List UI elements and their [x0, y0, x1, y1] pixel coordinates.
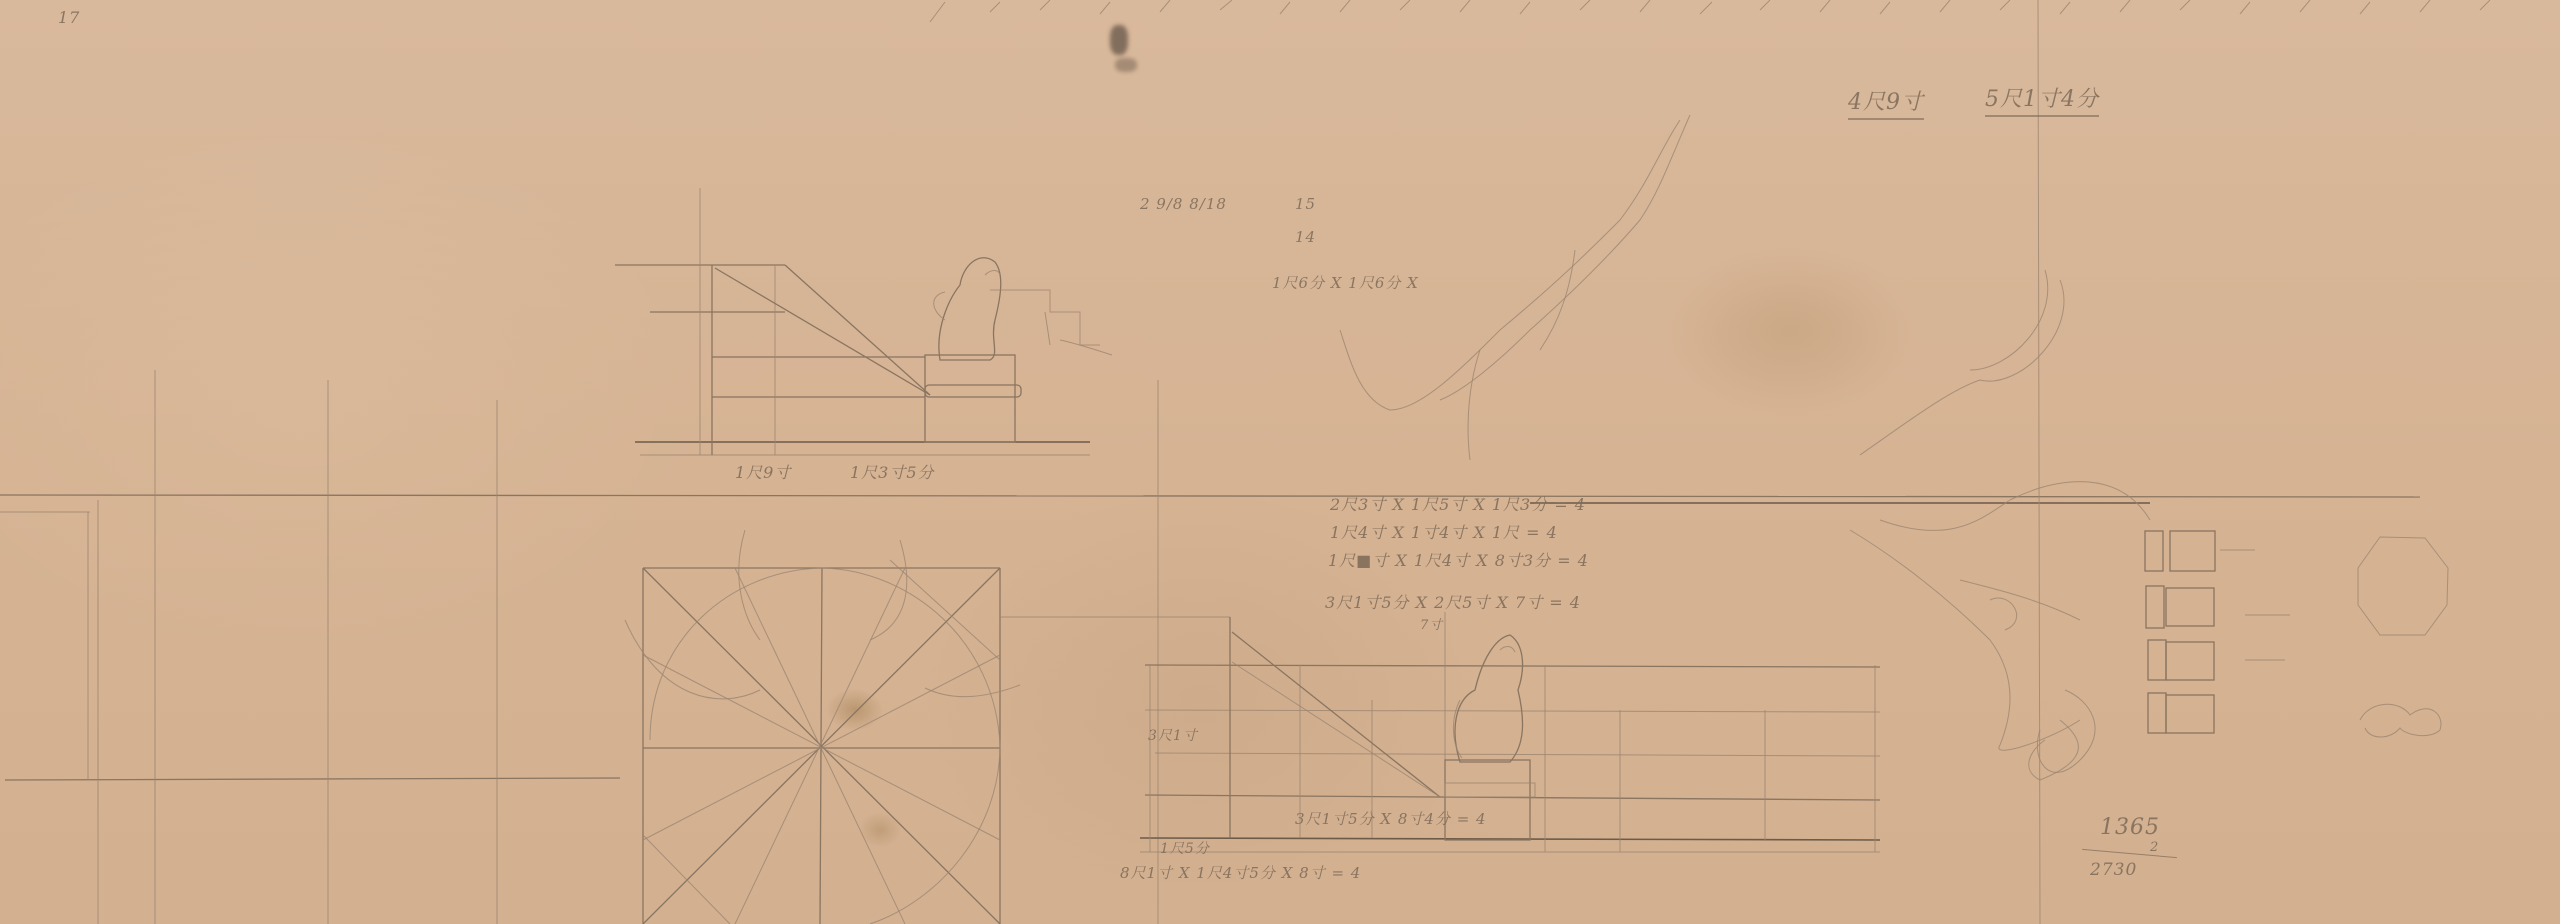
top-right-dimension-1: 4尺9寸 [1848, 85, 1924, 120]
upper-number-14: 14 [1295, 228, 1316, 246]
formula-3: 1尺■寸 X 1尺4寸 X 8寸3分 = 4 [1328, 548, 1589, 571]
bottom-right-number: 1365 [2100, 815, 2160, 840]
small-octagon-sketch [2358, 537, 2448, 737]
lower-base-dimension: 1尺5分 [1160, 838, 1210, 858]
formula-4-sub: 7寸 [1420, 614, 1443, 633]
smudge-mark [1115, 58, 1137, 72]
formula-4: 3尺1寸5分 X 2尺5寸 X 7寸 = 4 [1325, 590, 1581, 613]
upper-formula: 1尺6分 X 1尺6分 X [1272, 272, 1419, 293]
stair-dimension-2: 1尺3寸5分 [850, 460, 935, 483]
top-edge-hatching [930, 0, 2490, 22]
formula-2: 1尺4寸 X 1寸4寸 X 1尺 = 4 [1330, 520, 1558, 543]
lower-side-dimension: 3尺1寸 [1148, 725, 1198, 745]
drawing-sheet: 17 4尺9寸 5尺1寸4分 2 9/8 8/18 15 14 1尺6分 X 1… [0, 0, 2560, 924]
lower-formula: 8尺1寸 X 1尺4寸5分 X 8寸 = 4 [1120, 862, 1361, 883]
lower-inner-formula: 3尺1寸5分 X 8寸4分 = 4 [1295, 808, 1487, 829]
bottom-right-denominator: 2730 [2090, 860, 2137, 880]
upper-number-15: 15 [1295, 195, 1316, 213]
pencil-drawing [0, 0, 2560, 924]
stair-dimension-1: 1尺9寸 [735, 460, 791, 483]
guide-lines [0, 0, 2420, 924]
formula-1: 2尺3寸 X 1尺5寸 X 1尺3分 = 4 [1330, 492, 1586, 515]
upper-stair-elevation [615, 188, 1112, 455]
octagon-construction [625, 530, 1020, 924]
upper-fraction: 2 9/8 8/18 [1140, 195, 1227, 213]
page-mark: 17 [58, 8, 80, 27]
top-right-dimension-2: 5尺1寸4分 [1985, 82, 2099, 117]
bottom-right-subscript: 2 [2150, 840, 2159, 855]
dragon-sketches [1340, 115, 2290, 780]
smudge-mark [1110, 25, 1128, 55]
